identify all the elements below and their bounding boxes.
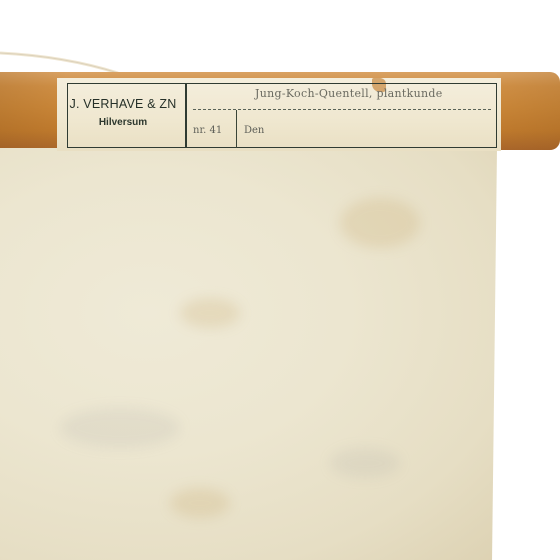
maker-city: Hilversum [60,117,186,128]
label-divider-number [236,110,237,148]
chart-series-title: Jung-Koch-Quentell, plantkunde [255,87,443,100]
chart-subject: Den [244,125,264,136]
linen-canvas [0,148,497,560]
label-divider-horizontal [193,109,491,110]
label-divider-vertical [185,83,187,148]
chart-number: nr. 41 [193,125,222,136]
maker-name: J. VERHAVE & ZN [60,97,186,111]
